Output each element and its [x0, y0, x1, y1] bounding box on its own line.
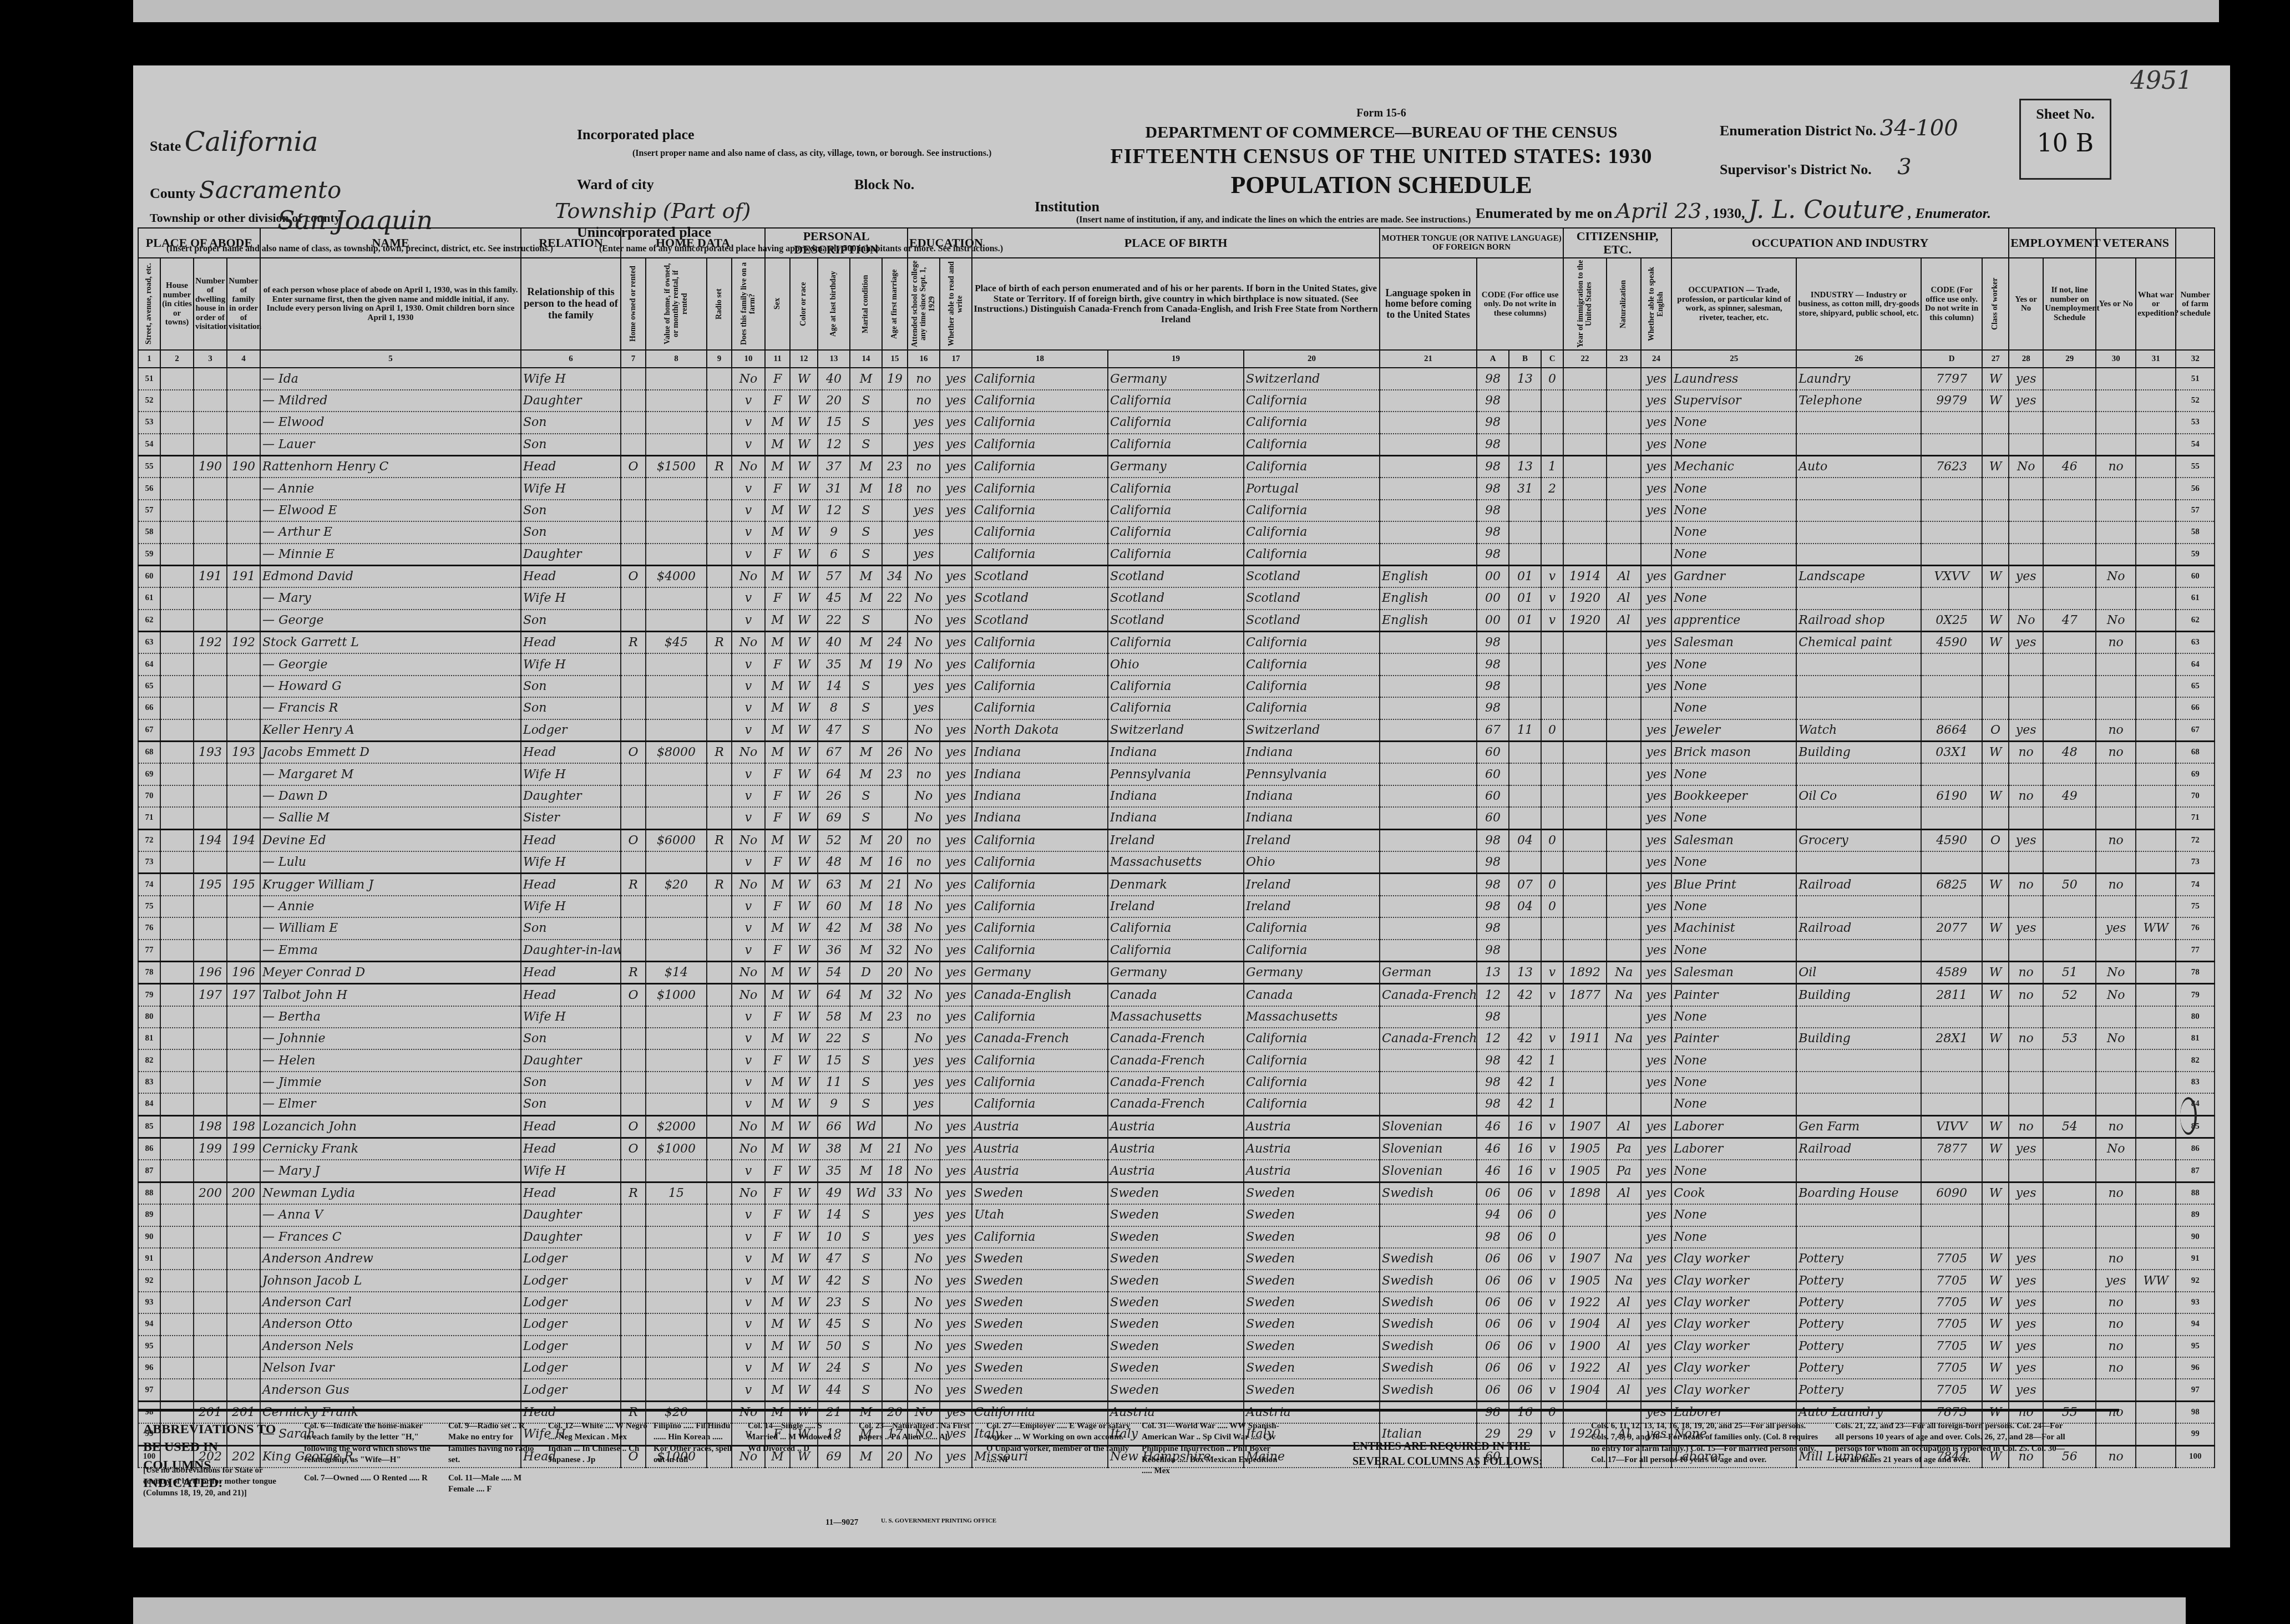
cell-code-a: 98	[1477, 368, 1509, 389]
cell-code-a: 98	[1477, 829, 1509, 851]
table-row: 53— ElwoodSonvMW15SyesyesCaliforniaCalif…	[138, 412, 2215, 433]
cell-radio	[707, 478, 732, 499]
cell-occupation: None	[1671, 851, 1796, 874]
cell-at-work	[2009, 544, 2043, 566]
cell-immigration-year	[1563, 851, 1607, 874]
cell-war	[2136, 984, 2176, 1006]
cell-occupation: None	[1671, 763, 1796, 785]
cell-unemployment-line	[2043, 632, 2096, 654]
cell-read-write	[940, 521, 972, 543]
cell-mother-tongue: Swedish	[1380, 1182, 1477, 1204]
cell-family-number	[227, 500, 260, 521]
cell-industry	[1796, 500, 1921, 521]
cell-immigration-year	[1563, 368, 1607, 389]
abbrev-col11: Col. 11—Male ..... M Female .... F	[448, 1473, 537, 1495]
cell-code-a: 98	[1477, 896, 1509, 917]
cell-age-first-marriage	[882, 500, 908, 521]
cell-race: W	[790, 874, 818, 896]
cell-code-b: 01	[1509, 587, 1541, 609]
cell-marital: M	[850, 742, 882, 764]
cell-relation: Daughter	[521, 1226, 621, 1248]
cell-class-of-worker: W	[1982, 1115, 2009, 1138]
cell-occupation: None	[1671, 1204, 1796, 1226]
cell-veteran: yes	[2096, 1270, 2136, 1291]
column-number: 21	[1380, 350, 1477, 368]
cell-family-number	[227, 1072, 260, 1093]
cell-line-number: 71	[138, 807, 160, 829]
cell-person-name: — Lauer	[260, 434, 521, 456]
column-number: 27	[1982, 350, 2009, 368]
cell-class-of-worker: W	[1982, 565, 2009, 587]
cell-marital: M	[850, 917, 882, 939]
cell-unemployment-line: 49	[2043, 785, 2096, 807]
cell-occupation: Salesman	[1671, 829, 1796, 851]
cell-mother-tongue: Swedish	[1380, 1336, 1477, 1357]
cell-naturalization	[1607, 940, 1641, 962]
cell-age-first-marriage	[882, 1204, 908, 1226]
cell-school: No	[908, 1160, 940, 1182]
cell-at-work: yes	[2009, 1248, 2043, 1270]
cell-birthplace-person: California	[972, 917, 1108, 939]
cell-code-a: 98	[1477, 1049, 1509, 1071]
cell-home-value	[646, 676, 707, 697]
cell-person-name: — Johnnie	[260, 1028, 521, 1049]
cell-veteran	[2096, 478, 2136, 499]
table-row: 57— Elwood ESonvMW12SyesyesCaliforniaCal…	[138, 500, 2215, 521]
cell-line-number: 82	[138, 1049, 160, 1071]
cell-relation: Lodger	[521, 1292, 621, 1313]
cell-at-work	[2009, 1226, 2043, 1248]
cell-veteran: no	[2096, 455, 2136, 478]
cell-mother-tongue	[1380, 1072, 1477, 1093]
cell-at-work	[2009, 940, 2043, 962]
cell-birthplace-mother: Sweden	[1244, 1313, 1380, 1335]
cell-occupation-code: 7877	[1921, 1138, 1982, 1160]
cell-age-first-marriage	[882, 1292, 908, 1313]
cell-speaks-english: yes	[1641, 763, 1671, 785]
cell-age-first-marriage	[882, 1049, 908, 1071]
cell-code-c: v	[1541, 1292, 1563, 1313]
cell-dwelling-number	[194, 1336, 227, 1357]
cell-birthplace-father: Germany	[1108, 455, 1244, 478]
cell-naturalization: Al	[1607, 1182, 1641, 1204]
cell-code-b	[1509, 390, 1541, 412]
cell-dwelling-number: 199	[194, 1138, 227, 1160]
cell-radio	[707, 565, 732, 587]
cell-industry: Pottery	[1796, 1292, 1921, 1313]
cell-radio	[707, 653, 732, 675]
cell-occupation: Laborer	[1671, 1115, 1796, 1138]
cell-relation: Daughter	[521, 390, 621, 412]
cell-birthplace-mother: Scotland	[1244, 587, 1380, 609]
cell-person-name: — Anna V	[260, 1204, 521, 1226]
cell-birthplace-mother: Switzerland	[1244, 368, 1380, 389]
cell-birthplace-mother: Sweden	[1244, 1182, 1380, 1204]
cell-farm-schedule: 71	[2176, 807, 2215, 829]
cell-farm: v	[732, 1006, 765, 1028]
cell-code-c: 1	[1541, 1049, 1563, 1071]
cell-unemployment-line	[2043, 368, 2096, 389]
cell-at-work: yes	[2009, 1138, 2043, 1160]
cell-mother-tongue: Swedish	[1380, 1248, 1477, 1270]
cell-relation: Wife H	[521, 851, 621, 874]
cell-occupation-code: 7705	[1921, 1336, 1982, 1357]
cell-birthplace-person: California	[972, 896, 1108, 917]
cell-radio: R	[707, 455, 732, 478]
cell-sex: F	[765, 653, 790, 675]
cell-read-write: yes	[940, 455, 972, 478]
cell-mother-tongue	[1380, 1204, 1477, 1226]
cell-home-owned: R	[621, 961, 646, 983]
cell-birthplace-father: Sweden	[1108, 1182, 1244, 1204]
cell-industry	[1796, 478, 1921, 499]
cell-at-work: no	[2009, 785, 2043, 807]
cell-at-work: no	[2009, 874, 2043, 896]
cell-immigration-year: 1922	[1563, 1292, 1607, 1313]
cell-school: No	[908, 1357, 940, 1379]
cell-street	[160, 917, 194, 939]
cell-radio	[707, 1226, 732, 1248]
cell-home-owned	[621, 1313, 646, 1335]
cell-unemployment-line	[2043, 390, 2096, 412]
group-employment: EMPLOYMENT	[2009, 228, 2096, 258]
cell-street	[160, 1182, 194, 1204]
cell-street	[160, 1292, 194, 1313]
cell-read-write: yes	[940, 1336, 972, 1357]
cell-sex: M	[765, 565, 790, 587]
cell-class-of-worker	[1982, 1226, 2009, 1248]
cell-sex: M	[765, 1072, 790, 1093]
cell-radio	[707, 1028, 732, 1049]
cell-relation: Head	[521, 1115, 621, 1138]
corner-number: 4951	[2130, 67, 2192, 95]
cell-occupation-code: 4590	[1921, 829, 1982, 851]
cell-code-c	[1541, 632, 1563, 654]
cell-at-work	[2009, 587, 2043, 609]
cell-family-number	[227, 653, 260, 675]
cell-naturalization	[1607, 434, 1641, 456]
cell-birthplace-father: Indiana	[1108, 742, 1244, 764]
cell-marital: S	[850, 1357, 882, 1379]
cell-code-b: 06	[1509, 1379, 1541, 1401]
cell-occupation-code	[1921, 1049, 1982, 1071]
incorporated-note: (Insert proper name and also name of cla…	[632, 149, 991, 159]
cell-age-first-marriage: 32	[882, 984, 908, 1006]
cell-marital: S	[850, 1270, 882, 1291]
cell-street	[160, 434, 194, 456]
cell-speaks-english: yes	[1641, 676, 1671, 697]
cell-home-value	[646, 1049, 707, 1071]
cell-code-b	[1509, 412, 1541, 433]
cell-class-of-worker: W	[1982, 1313, 2009, 1335]
cell-class-of-worker: O	[1982, 719, 2009, 742]
cell-home-owned	[621, 1006, 646, 1028]
cell-marital: S	[850, 1093, 882, 1115]
cell-age: 52	[818, 829, 850, 851]
col-family-number: Number of family in order of visitation	[227, 258, 260, 350]
cell-code-c: 0	[1541, 1226, 1563, 1248]
cell-code-b: 42	[1509, 1049, 1541, 1071]
cell-birthplace-father: California	[1108, 412, 1244, 433]
cell-occupation: None	[1671, 500, 1796, 521]
cell-veteran: No	[2096, 984, 2136, 1006]
cell-race: W	[790, 1313, 818, 1335]
cell-birthplace-mother: California	[1244, 632, 1380, 654]
cell-occupation: None	[1671, 1006, 1796, 1028]
cell-farm-schedule: 76	[2176, 917, 2215, 939]
cell-immigration-year	[1563, 455, 1607, 478]
cell-home-value	[646, 1248, 707, 1270]
cell-farm: v	[732, 1204, 765, 1226]
cell-line-number: 89	[138, 1204, 160, 1226]
cell-birthplace-mother: Austria	[1244, 1160, 1380, 1182]
cell-race: W	[790, 676, 818, 697]
cell-speaks-english: yes	[1641, 434, 1671, 456]
cell-occupation: None	[1671, 434, 1796, 456]
cell-birthplace-father: Austria	[1108, 1115, 1244, 1138]
cell-dwelling-number	[194, 478, 227, 499]
cell-radio	[707, 1049, 732, 1071]
cell-farm-schedule: 62	[2176, 610, 2215, 632]
cell-farm: v	[732, 1248, 765, 1270]
cell-mother-tongue: English	[1380, 610, 1477, 632]
cell-relation: Daughter	[521, 1204, 621, 1226]
cell-farm: No	[732, 1115, 765, 1138]
cell-speaks-english: yes	[1641, 632, 1671, 654]
cell-age-first-marriage	[882, 1270, 908, 1291]
cell-naturalization	[1607, 917, 1641, 939]
cell-race: W	[790, 940, 818, 962]
cell-sex: F	[765, 807, 790, 829]
entries-b: Cols. 21, 22, and 23—For all foreign-bor…	[1835, 1420, 2068, 1465]
cell-birthplace-mother: California	[1244, 500, 1380, 521]
cell-occupation-code: 8664	[1921, 719, 1982, 742]
cell-veteran	[2096, 1379, 2136, 1401]
table-row: 87— Mary JWife HvFW35M18NoyesAustriaAust…	[138, 1160, 2215, 1182]
cell-race: W	[790, 1028, 818, 1049]
cell-industry: Pottery	[1796, 1313, 1921, 1335]
cell-dwelling-number	[194, 1226, 227, 1248]
cell-industry: Railroad	[1796, 874, 1921, 896]
cell-mother-tongue: Slovenian	[1380, 1160, 1477, 1182]
cell-line-number: 94	[138, 1313, 160, 1335]
cell-home-owned: O	[621, 742, 646, 764]
cell-birthplace-person: California	[972, 851, 1108, 874]
cell-relation: Lodger	[521, 1313, 621, 1335]
cell-family-number: 194	[227, 829, 260, 851]
cell-school: No	[908, 632, 940, 654]
table-row: 78196196Meyer Conrad DHeadR$14NoMW54D20N…	[138, 961, 2215, 983]
cell-person-name: — Margaret M	[260, 763, 521, 785]
cell-occupation: Clay worker	[1671, 1248, 1796, 1270]
cell-code-a: 94	[1477, 1204, 1509, 1226]
cell-speaks-english: yes	[1641, 610, 1671, 632]
cell-birthplace-father: Canada-French	[1108, 1028, 1244, 1049]
cell-naturalization	[1607, 829, 1641, 851]
cell-naturalization	[1607, 368, 1641, 389]
cell-birthplace-father: Indiana	[1108, 807, 1244, 829]
cell-marital: S	[850, 1226, 882, 1248]
cell-industry: Watch	[1796, 719, 1921, 742]
cell-age: 14	[818, 1204, 850, 1226]
cell-age-first-marriage: 21	[882, 874, 908, 896]
cell-radio	[707, 719, 732, 742]
cell-radio	[707, 610, 732, 632]
cell-read-write: yes	[940, 434, 972, 456]
schedule-title: POPULATION SCHEDULE	[1021, 171, 1742, 199]
column-number: 7	[621, 350, 646, 368]
cell-code-a: 98	[1477, 390, 1509, 412]
cell-age: 64	[818, 763, 850, 785]
cell-marital: M	[850, 632, 882, 654]
cell-home-value	[646, 610, 707, 632]
cell-school: yes	[908, 1049, 940, 1071]
cell-farm-schedule: 63	[2176, 632, 2215, 654]
cell-war	[2136, 697, 2176, 719]
cell-line-number: 64	[138, 653, 160, 675]
cell-veteran	[2096, 785, 2136, 807]
cell-speaks-english	[1641, 521, 1671, 543]
cell-dwelling-number	[194, 434, 227, 456]
cell-occupation: Clay worker	[1671, 1292, 1796, 1313]
cell-birthplace-father: California	[1108, 500, 1244, 521]
cell-family-number	[227, 587, 260, 609]
column-number: 28	[2009, 350, 2043, 368]
cell-family-number	[227, 785, 260, 807]
cell-industry	[1796, 434, 1921, 456]
cell-line-number: 73	[138, 851, 160, 874]
cell-marital: M	[850, 1006, 882, 1028]
cell-immigration-year	[1563, 785, 1607, 807]
cell-line-number: 54	[138, 434, 160, 456]
cell-unemployment-line: 48	[2043, 742, 2096, 764]
cell-radio	[707, 1357, 732, 1379]
cell-unemployment-line	[2043, 1182, 2096, 1204]
cell-unemployment-line	[2043, 1006, 2096, 1028]
cell-war	[2136, 829, 2176, 851]
cell-mother-tongue: Swedish	[1380, 1357, 1477, 1379]
cell-speaks-english: yes	[1641, 1292, 1671, 1313]
cell-class-of-worker: W	[1982, 632, 2009, 654]
cell-unemployment-line	[2043, 940, 2096, 962]
cell-farm: v	[732, 719, 765, 742]
cell-read-write: yes	[940, 1160, 972, 1182]
cell-industry	[1796, 763, 1921, 785]
cell-dwelling-number	[194, 940, 227, 962]
cell-speaks-english: yes	[1641, 500, 1671, 521]
cell-birthplace-person: California	[972, 1072, 1108, 1093]
cell-relation: Wife H	[521, 763, 621, 785]
cell-birthplace-father: Ireland	[1108, 829, 1244, 851]
cell-birthplace-mother: California	[1244, 455, 1380, 478]
cell-code-b: 42	[1509, 984, 1541, 1006]
cell-farm: v	[732, 412, 765, 433]
cell-home-value	[646, 500, 707, 521]
cell-birthplace-father: Switzerland	[1108, 719, 1244, 742]
cell-race: W	[790, 434, 818, 456]
cell-farm-schedule: 56	[2176, 478, 2215, 499]
cell-line-number: 91	[138, 1248, 160, 1270]
abbrev-col7: Col. 7—Owned ..... O Rented ..... R	[304, 1473, 432, 1484]
cell-home-owned: R	[621, 874, 646, 896]
cell-radio	[707, 412, 732, 433]
cell-unemployment-line: 53	[2043, 1028, 2096, 1049]
cell-marital: M	[850, 1160, 882, 1182]
cell-farm: v	[732, 1049, 765, 1071]
cell-person-name: — Mildred	[260, 390, 521, 412]
cell-code-a: 98	[1477, 676, 1509, 697]
cell-speaks-english: yes	[1641, 1115, 1671, 1138]
cell-naturalization	[1607, 521, 1641, 543]
cell-person-name: — Emma	[260, 940, 521, 962]
cell-line-number: 65	[138, 676, 160, 697]
cell-mother-tongue	[1380, 785, 1477, 807]
column-number: 18	[972, 350, 1108, 368]
cell-occupation-code: 7797	[1921, 368, 1982, 389]
cell-age-first-marriage	[882, 1357, 908, 1379]
cell-code-b	[1509, 521, 1541, 543]
cell-family-number	[227, 1336, 260, 1357]
cell-farm: No	[732, 742, 765, 764]
cell-home-value	[646, 1357, 707, 1379]
cell-line-number: 79	[138, 984, 160, 1006]
cell-occupation-code	[1921, 807, 1982, 829]
cell-radio	[707, 521, 732, 543]
table-row: 70— Dawn DDaughtervFW26SNoyesIndianaIndi…	[138, 785, 2215, 807]
cell-industry	[1796, 940, 1921, 962]
footer-abbreviations: ABBREVIATIONS TO BE USED IN COLUMNS INDI…	[138, 1409, 2119, 1545]
cell-person-name: — Annie	[260, 896, 521, 917]
cell-code-c: v	[1541, 1313, 1563, 1335]
cell-veteran: no	[2096, 1336, 2136, 1357]
cell-relation: Son	[521, 917, 621, 939]
cell-occupation: Brick mason	[1671, 742, 1796, 764]
cell-age-first-marriage	[882, 1336, 908, 1357]
cell-age-first-marriage: 16	[882, 851, 908, 874]
ward-value: Township (Part of)	[555, 199, 751, 223]
cell-street	[160, 763, 194, 785]
cell-age-first-marriage: 18	[882, 478, 908, 499]
cell-marital: S	[850, 676, 882, 697]
cell-naturalization: Al	[1607, 1313, 1641, 1335]
cell-birthplace-mother: California	[1244, 521, 1380, 543]
cell-naturalization: Al	[1607, 587, 1641, 609]
cell-code-b: 06	[1509, 1182, 1541, 1204]
cell-birthplace-person: North Dakota	[972, 719, 1108, 742]
cell-speaks-english: yes	[1641, 478, 1671, 499]
cell-age: 42	[818, 917, 850, 939]
cell-birthplace-mother: California	[1244, 676, 1380, 697]
cell-age: 54	[818, 961, 850, 983]
cell-unemployment-line	[2043, 763, 2096, 785]
cell-birthplace-mother: Sweden	[1244, 1336, 1380, 1357]
col-age-first-marriage: Age at first marriage	[882, 258, 908, 350]
group-name: NAME	[260, 228, 521, 258]
cell-unemployment-line	[2043, 478, 2096, 499]
cell-code-c	[1541, 544, 1563, 566]
cell-school: No	[908, 1248, 940, 1270]
cell-mother-tongue	[1380, 917, 1477, 939]
cell-age: 57	[818, 565, 850, 587]
cell-war	[2136, 1160, 2176, 1182]
cell-veteran: no	[2096, 1115, 2136, 1138]
cell-family-number	[227, 1313, 260, 1335]
abbrev-col9: Col. 9—Radio set .. R Make no entry for …	[448, 1420, 537, 1465]
cell-class-of-worker: W	[1982, 455, 2009, 478]
cell-industry: Auto	[1796, 455, 1921, 478]
cell-person-name: Stock Garrett L	[260, 632, 521, 654]
cell-person-name: — Mary J	[260, 1160, 521, 1182]
